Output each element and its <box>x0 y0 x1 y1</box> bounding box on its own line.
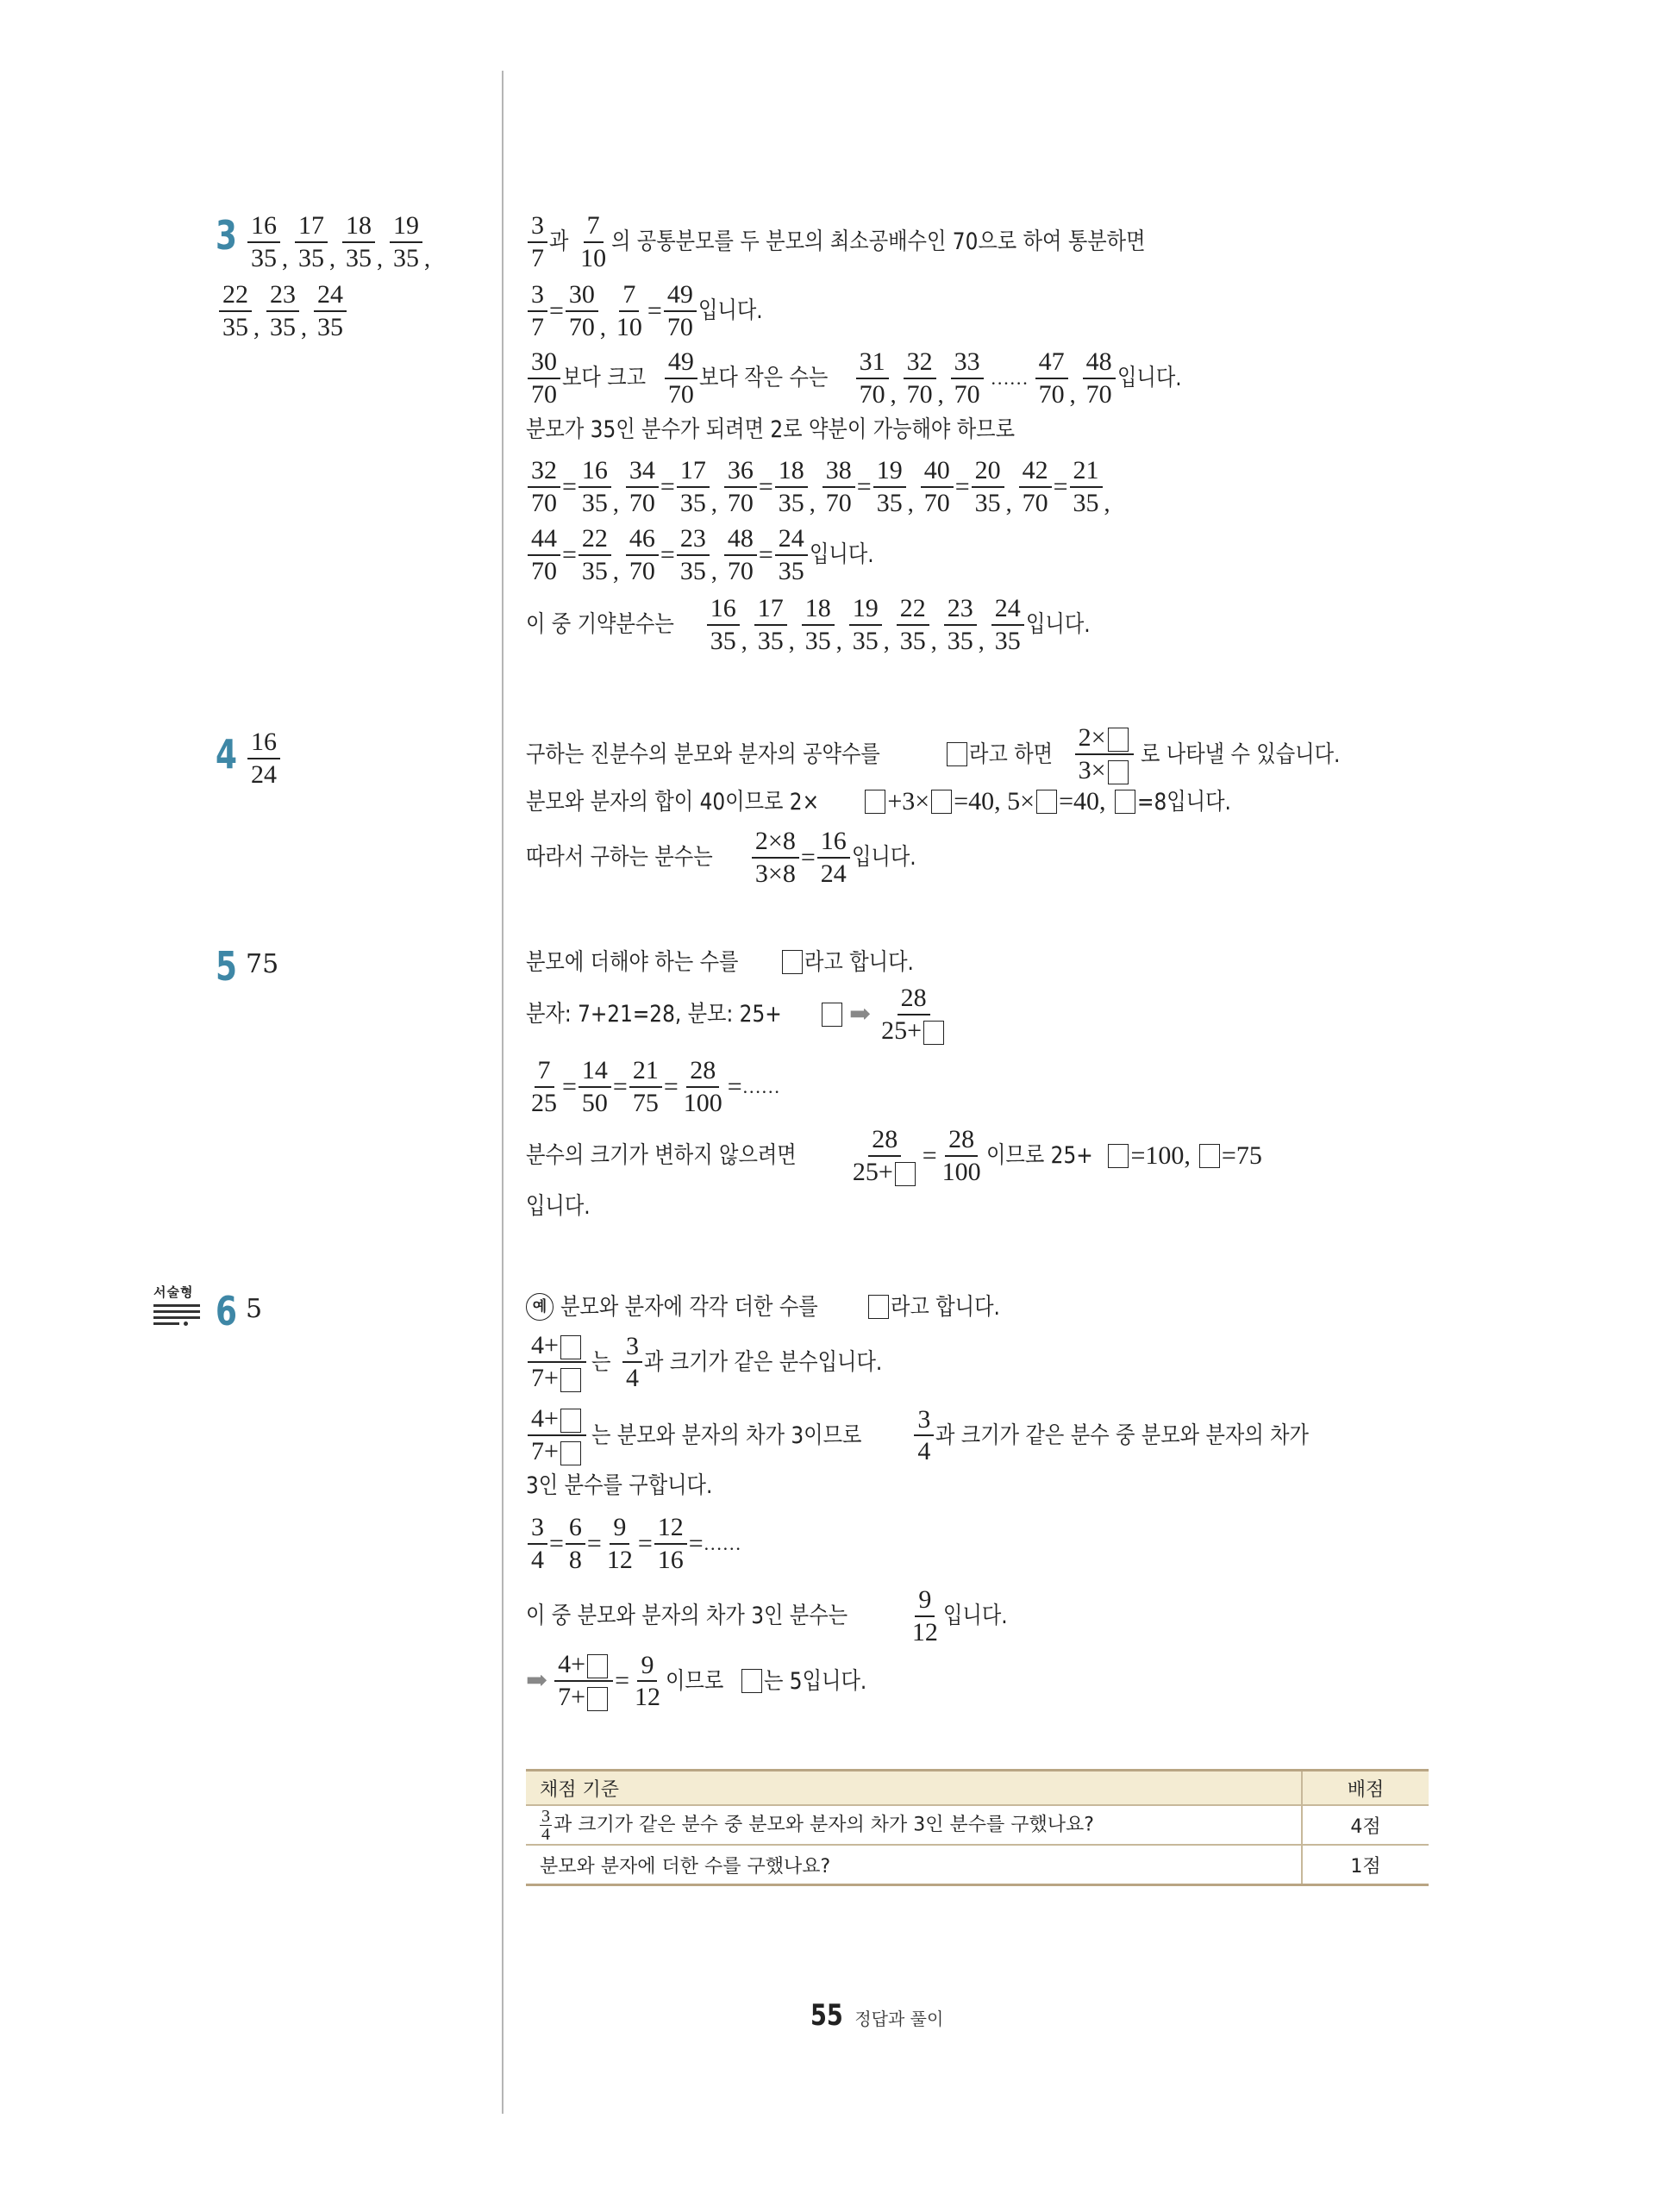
denominator: 35 <box>849 626 882 655</box>
numerator: 22 <box>579 525 611 556</box>
numerator: 7 <box>535 1057 554 1088</box>
numerator: 28 <box>868 1126 901 1157</box>
fraction: 1635 <box>247 212 280 272</box>
solution-5-line4: 분수의 크기가 변하지 않으려면 2825+= 28100 이므로 25+=10… <box>526 1126 1262 1186</box>
fraction: 2235 <box>219 281 252 341</box>
numerator: 9 <box>610 1514 629 1545</box>
text: 라고 하면 <box>969 743 1053 766</box>
denominator: 70 <box>665 379 697 409</box>
example-mark-icon: 예 <box>526 1293 554 1321</box>
comma: , <box>253 316 260 341</box>
fraction: 4+7+ <box>528 1405 586 1465</box>
denominator: 35 <box>991 626 1024 655</box>
solution-3-equations-row2: 4470=2235, 4670=2335, 4870=2435 입니다. <box>526 525 881 584</box>
denominator: 35 <box>314 312 347 341</box>
solution-5-line5: 입니다. <box>526 1195 597 1218</box>
denominator: 100 <box>680 1088 726 1117</box>
denominator: 4 <box>622 1363 642 1392</box>
numerator: 3 <box>914 1406 934 1437</box>
text: 7+ <box>531 1364 559 1392</box>
text: 는 분모와 분자의 차가 3이므로 <box>591 1424 861 1447</box>
blank-box <box>560 1335 581 1359</box>
text: = <box>660 474 675 500</box>
fraction: 1624 <box>817 828 850 887</box>
descriptive-type-badge: 서술형 <box>153 1283 202 1325</box>
fraction: 1835 <box>775 457 808 516</box>
denominator: 35 <box>972 488 1004 517</box>
text: 25+ <box>881 1016 922 1045</box>
fraction: 2×3× <box>1075 724 1134 784</box>
denominator: 35 <box>873 488 906 517</box>
fraction: 2035 <box>972 457 1004 516</box>
blank-box <box>1108 760 1129 784</box>
fraction: 2435 <box>991 595 1024 654</box>
numerator: 40 <box>921 457 954 488</box>
numerator: 7 <box>584 212 604 243</box>
denominator: 35 <box>707 626 740 655</box>
numerator: 16 <box>579 457 611 488</box>
numerator: 28 <box>686 1057 719 1088</box>
fraction: 4+7+ <box>528 1332 586 1392</box>
comma: , <box>329 247 335 272</box>
numerator: 48 <box>1083 348 1116 379</box>
solution-6-line2: 4+7+ 는 34 과 크기가 같은 분수입니다. <box>526 1332 917 1392</box>
comma: , <box>377 247 383 272</box>
numerator: 3 <box>528 1514 547 1545</box>
text: = <box>759 542 773 568</box>
blank-box <box>560 1441 581 1465</box>
text: 과 크기가 같은 분수입니다. <box>644 1351 882 1374</box>
text: 과 크기가 같은 분수 중 분모와 분자의 차가 3인 분수를 구했나요? <box>554 1814 1094 1835</box>
blank-box <box>587 1687 608 1711</box>
fraction: 4470 <box>528 525 560 584</box>
fraction: 4+7+ <box>554 1651 613 1711</box>
blank-box <box>782 950 803 974</box>
denominator: 7 <box>528 243 547 272</box>
fraction: 725 <box>528 1057 560 1116</box>
numerator: 19 <box>390 212 422 243</box>
numerator: 3 <box>528 281 547 312</box>
fraction: 4970 <box>665 348 697 408</box>
criterion-cell: 34과 크기가 같은 분수 중 분모와 분자의 차가 3인 분수를 구했나요? <box>526 1805 1302 1845</box>
text: 라고 합니다. <box>804 951 914 974</box>
blank-box <box>560 1409 581 1433</box>
comma: , <box>711 560 717 584</box>
fraction: 912 <box>631 1652 664 1711</box>
fraction: 34 <box>622 1333 642 1392</box>
denominator: 10 <box>577 243 610 272</box>
text: …… <box>742 1078 780 1097</box>
arrow-right-icon: ➡ <box>526 1668 547 1694</box>
text: 이 중 기약분수는 <box>526 613 674 636</box>
text: = <box>562 1074 577 1100</box>
comma: , <box>301 316 307 341</box>
numerator: 18 <box>775 457 808 488</box>
fraction: 2825+ <box>878 984 949 1045</box>
numerator: 44 <box>528 525 560 556</box>
comma: , <box>979 630 985 654</box>
numerator: 14 <box>579 1057 611 1088</box>
page-number: 55 <box>810 1998 843 2033</box>
fraction: 2235 <box>897 595 929 654</box>
fraction: 28100 <box>680 1057 726 1116</box>
fraction: 2235 <box>579 525 611 584</box>
solution-5-line3: 725= 1450= 2175= 28100= …… <box>526 1057 780 1116</box>
denominator: 75 <box>629 1088 662 1117</box>
denominator: 35 <box>579 556 611 585</box>
question-number-6: 6 <box>216 1291 237 1331</box>
denominator: 12 <box>631 1682 664 1711</box>
denominator: 70 <box>856 379 889 409</box>
denominator: 70 <box>528 379 560 409</box>
solution-6-line7: ➡ 4+7+= 912 이므로는 5입니다. <box>526 1651 880 1711</box>
text: 4+ <box>558 1650 585 1678</box>
blank-box <box>822 1003 842 1027</box>
text: = <box>638 1531 653 1557</box>
numerator: 2×8 <box>752 828 799 859</box>
numerator: 18 <box>342 212 375 243</box>
numerator: 4+ <box>554 1651 613 1682</box>
text: 입니다. <box>810 543 874 566</box>
denominator: 35 <box>266 312 299 341</box>
denominator: 35 <box>677 488 710 517</box>
denominator: 100 <box>939 1157 985 1186</box>
denominator: 10 <box>613 312 646 341</box>
denominator: 70 <box>528 556 560 585</box>
blank-box <box>923 1021 944 1045</box>
fraction: 1935 <box>873 457 906 516</box>
text: 3× <box>1079 756 1106 784</box>
blank-box <box>1115 790 1135 814</box>
points-cell: 1점 <box>1302 1845 1429 1885</box>
fraction: 2435 <box>314 281 347 341</box>
answer-5: 75 <box>246 952 278 978</box>
text: = <box>587 1531 602 1557</box>
text: 분모에 더해야 하는 수를 <box>526 951 738 974</box>
text: 과 크기가 같은 분수 중 분모와 분자의 차가 <box>935 1424 1309 1447</box>
text: = <box>647 298 662 324</box>
text: 구하는 진분수의 분모와 분자의 공약수를 <box>526 743 880 766</box>
text: 분모와 분자에 각각 더한 수를 <box>560 1296 818 1319</box>
denominator: 7+ <box>528 1363 586 1392</box>
text: = <box>923 1143 937 1169</box>
text: = <box>728 1074 742 1100</box>
text: 는 <box>591 1351 610 1374</box>
text: =40, 5× <box>954 789 1035 815</box>
badge-line <box>153 1310 200 1313</box>
comma: , <box>908 492 914 516</box>
criterion-cell: 분모와 분자에 더한 수를 구했나요? <box>526 1845 1302 1885</box>
fraction: 1635 <box>707 595 740 654</box>
fraction: 4070 <box>921 457 954 516</box>
denominator: 35 <box>1070 488 1103 517</box>
fraction: 3470 <box>626 457 659 516</box>
fraction: 68 <box>566 1514 585 1573</box>
text: = <box>562 474 577 500</box>
blank-box <box>1108 728 1129 752</box>
fraction: 37 <box>528 212 547 272</box>
badge-line <box>153 1304 200 1307</box>
text: = <box>562 542 577 568</box>
text: 분수의 크기가 변하지 않으려면 <box>526 1144 797 1167</box>
fraction: 710 <box>613 281 646 341</box>
text: = <box>759 474 773 500</box>
fraction: 2×83×8 <box>752 828 799 887</box>
numerator: 7 <box>619 281 639 312</box>
blank-box <box>895 1162 916 1186</box>
numerator: 28 <box>945 1126 978 1157</box>
scoring-criteria-table: 채점 기준 배점 34과 크기가 같은 분수 중 분모와 분자의 차가 3인 분… <box>526 1769 1429 1886</box>
denominator: 35 <box>579 488 611 517</box>
comma: , <box>810 492 816 516</box>
text: =8입니다. <box>1137 790 1231 814</box>
denominator: 70 <box>528 488 560 517</box>
solution-6-line1: 예 분모와 분자에 각각 더한 수를라고 합니다. <box>526 1293 1015 1321</box>
fraction: 1935 <box>390 212 422 272</box>
page-footer: 55 정답과 풀이 <box>810 1998 943 2033</box>
numerator: 9 <box>637 1652 657 1683</box>
solution-6-line6: 이 중 분모와 분자의 차가 3인 분수는 912 입니다. <box>526 1586 1015 1646</box>
fraction: 1624 <box>247 728 280 788</box>
text: 분모와 분자의 합이 40이므로 2× <box>526 790 819 814</box>
text: = <box>660 542 675 568</box>
fraction: 2435 <box>775 525 808 584</box>
numerator: 17 <box>677 457 710 488</box>
header-points: 배점 <box>1302 1771 1429 1806</box>
fraction: 2175 <box>629 1057 662 1116</box>
denominator: 35 <box>219 312 252 341</box>
blank-box <box>865 790 885 814</box>
fraction: 1450 <box>579 1057 611 1116</box>
comma: , <box>1070 384 1076 408</box>
comma: , <box>282 247 288 272</box>
comma: , <box>613 560 619 584</box>
denominator: 35 <box>775 488 808 517</box>
question-number-5: 5 <box>216 947 237 986</box>
blank-box <box>931 790 952 814</box>
comma: , <box>938 384 944 408</box>
numerator: 31 <box>856 348 889 379</box>
text: 로 나타낼 수 있습니다. <box>1141 743 1340 766</box>
fraction: 3170 <box>856 348 889 408</box>
text: 이 중 분모와 분자의 차가 3인 분수는 <box>526 1604 848 1628</box>
denominator: 24 <box>817 859 850 888</box>
denominator: 12 <box>909 1617 941 1647</box>
text: 보다 크고 <box>562 366 646 390</box>
blank-box <box>560 1368 581 1392</box>
fraction: 3270 <box>904 348 936 408</box>
denominator: 4 <box>528 1545 547 1574</box>
numerator: 23 <box>944 595 977 626</box>
answer-3-line1: 1635, 1735, 1835, 1935, <box>246 212 435 272</box>
question-number-3: 3 <box>216 216 237 255</box>
text: 는 5입니다. <box>764 1670 866 1693</box>
numerator: 33 <box>951 348 984 379</box>
answer-4: 1624 <box>246 728 282 788</box>
denominator: 7 <box>528 312 547 341</box>
numerator: 48 <box>724 525 757 556</box>
text: +3× <box>887 789 929 815</box>
text: 2× <box>1079 723 1106 752</box>
text: …… <box>704 1534 741 1553</box>
text: 입니다. <box>1117 366 1182 390</box>
denominator: 70 <box>664 312 697 341</box>
numerator: 21 <box>629 1057 662 1088</box>
text: = <box>857 474 872 500</box>
denominator: 35 <box>802 626 835 655</box>
footer-title: 정답과 풀이 <box>854 2005 943 2030</box>
blank-box <box>1036 790 1057 814</box>
answer-3-line2: 2235, 2335, 2435 <box>217 281 348 341</box>
fraction: 4770 <box>1035 348 1068 408</box>
denominator: 70 <box>951 379 984 409</box>
fraction: 1835 <box>802 595 835 654</box>
numerator: 47 <box>1035 348 1068 379</box>
numerator: 6 <box>566 1514 585 1545</box>
numerator: 4+ <box>528 1405 586 1436</box>
denominator: 70 <box>1083 379 1116 409</box>
solution-3-line2: 37= 3070, 710= 4970 입니다. <box>526 281 770 341</box>
text: 따라서 구하는 분수는 <box>526 846 713 869</box>
denominator: 8 <box>566 1545 585 1574</box>
fraction: 37 <box>528 281 547 341</box>
text: 입니다. <box>526 1195 591 1218</box>
comma: , <box>711 492 717 516</box>
text: = <box>955 474 970 500</box>
denominator: 35 <box>390 243 422 272</box>
text: 과 <box>549 230 568 253</box>
fraction: 3070 <box>528 348 560 408</box>
solution-5-line2: 분자: 7+21=28, 분모: 25+ ➡ 2825+ <box>526 984 951 1045</box>
numerator: 16 <box>247 212 280 243</box>
fraction: 1216 <box>654 1514 687 1573</box>
denominator: 70 <box>822 488 855 517</box>
numerator: 24 <box>775 525 808 556</box>
fraction: 34 <box>540 1808 552 1843</box>
text: =75 <box>1222 1143 1262 1169</box>
numerator: 42 <box>1019 457 1052 488</box>
arrow-right-icon: ➡ <box>849 1002 871 1028</box>
text: 4+ <box>531 1404 559 1433</box>
text: = <box>549 1531 564 1557</box>
comma: , <box>931 630 937 654</box>
denominator: 25 <box>528 1088 560 1117</box>
fraction: 1935 <box>849 595 882 654</box>
numerator: 19 <box>873 457 906 488</box>
text: 입니다. <box>1026 613 1091 636</box>
denominator: 4 <box>541 1826 550 1843</box>
question-number-4: 4 <box>216 734 237 774</box>
fraction: 1635 <box>579 457 611 516</box>
text: = <box>613 1074 628 1100</box>
numerator: 18 <box>802 595 835 626</box>
denominator: 35 <box>247 243 280 272</box>
comma: , <box>1006 492 1012 516</box>
solution-5-line1: 분모에 더해야 하는 수를라고 합니다. <box>526 950 928 974</box>
solution-3-line7: 이 중 기약분수는 1635, 1735, 1835, 1935, 2235, … <box>526 595 1098 654</box>
denominator: 35 <box>677 556 710 585</box>
text: 7+ <box>558 1683 585 1711</box>
solution-4-line3: 따라서 구하는 분수는 2×83×8= 1624 입니다. <box>526 828 923 887</box>
denominator: 70 <box>626 556 659 585</box>
numerator: 19 <box>849 595 882 626</box>
blank-box <box>947 742 967 766</box>
numerator: 30 <box>566 281 598 312</box>
text: 이므로 25+ <box>986 1144 1093 1167</box>
text: = <box>664 1074 679 1100</box>
text: = <box>615 1668 629 1694</box>
numerator: 22 <box>897 595 929 626</box>
fraction: 1735 <box>295 212 328 272</box>
fraction: 3670 <box>724 457 757 516</box>
table-row: 34과 크기가 같은 분수 중 분모와 분자의 차가 3인 분수를 구했나요? … <box>526 1805 1429 1845</box>
fraction: 34 <box>528 1514 547 1573</box>
denominator: 70 <box>921 488 954 517</box>
numerator: 23 <box>677 525 710 556</box>
fraction: 1735 <box>677 457 710 516</box>
text: 입니다. <box>943 1604 1008 1628</box>
numerator: 12 <box>654 1514 687 1545</box>
badge-line <box>153 1316 200 1319</box>
denominator: 4 <box>914 1436 934 1465</box>
denominator: 35 <box>944 626 977 655</box>
text: 이므로 <box>666 1670 723 1693</box>
numerator: 36 <box>724 457 757 488</box>
table-row: 분모와 분자에 더한 수를 구했나요? 1점 <box>526 1845 1429 1885</box>
comma: , <box>613 492 619 516</box>
fraction: 4870 <box>724 525 757 584</box>
solution-4-line2: 분모와 분자의 합이 40이므로 2×+3×=40, 5×=40,=8입니다. <box>526 789 1242 815</box>
comma: , <box>424 247 430 272</box>
blank-box <box>1199 1144 1220 1168</box>
answer-6: 5 <box>246 1297 262 1322</box>
comma: , <box>741 630 747 654</box>
numerator: 16 <box>817 828 850 859</box>
denominator: 25+ <box>849 1157 921 1186</box>
numerator: 9 <box>915 1586 935 1617</box>
numerator: 17 <box>295 212 328 243</box>
denominator: 70 <box>724 488 757 517</box>
numerator: 3 <box>622 1333 642 1364</box>
fraction: 3870 <box>822 457 855 516</box>
comma: , <box>836 630 842 654</box>
text: =40, <box>1059 789 1105 815</box>
numerator: 46 <box>626 525 659 556</box>
denominator: 70 <box>566 312 598 341</box>
fraction: 4870 <box>1083 348 1116 408</box>
solution-3-line1: 37 과 710 의 공통분모를 두 분모의 최소공배수인 70으로 하여 통분… <box>526 212 1229 272</box>
numerator: 49 <box>665 348 697 379</box>
fraction: 3070 <box>566 281 598 341</box>
text: 분자: 7+21=28, 분모: 25+ <box>526 1003 782 1026</box>
numerator: 32 <box>904 348 936 379</box>
numerator: 30 <box>528 348 560 379</box>
denominator: 70 <box>724 556 757 585</box>
denominator: 70 <box>1035 379 1068 409</box>
text: = <box>1054 474 1068 500</box>
numerator: 3 <box>540 1808 552 1826</box>
fraction: 2135 <box>1070 457 1103 516</box>
text: 25+ <box>853 1158 893 1186</box>
fraction: 710 <box>577 212 610 272</box>
text: 7+ <box>531 1437 559 1465</box>
fraction: 3270 <box>528 457 560 516</box>
points-cell: 4점 <box>1302 1805 1429 1845</box>
solution-6-line5: 34= 68= 912= 1216= …… <box>526 1514 741 1573</box>
solution-3-line4: 분모가 35인 분수가 되려면 2로 약분이 가능해야 하므로 <box>526 418 1091 441</box>
denominator: 70 <box>626 488 659 517</box>
fraction: 2335 <box>266 281 299 341</box>
